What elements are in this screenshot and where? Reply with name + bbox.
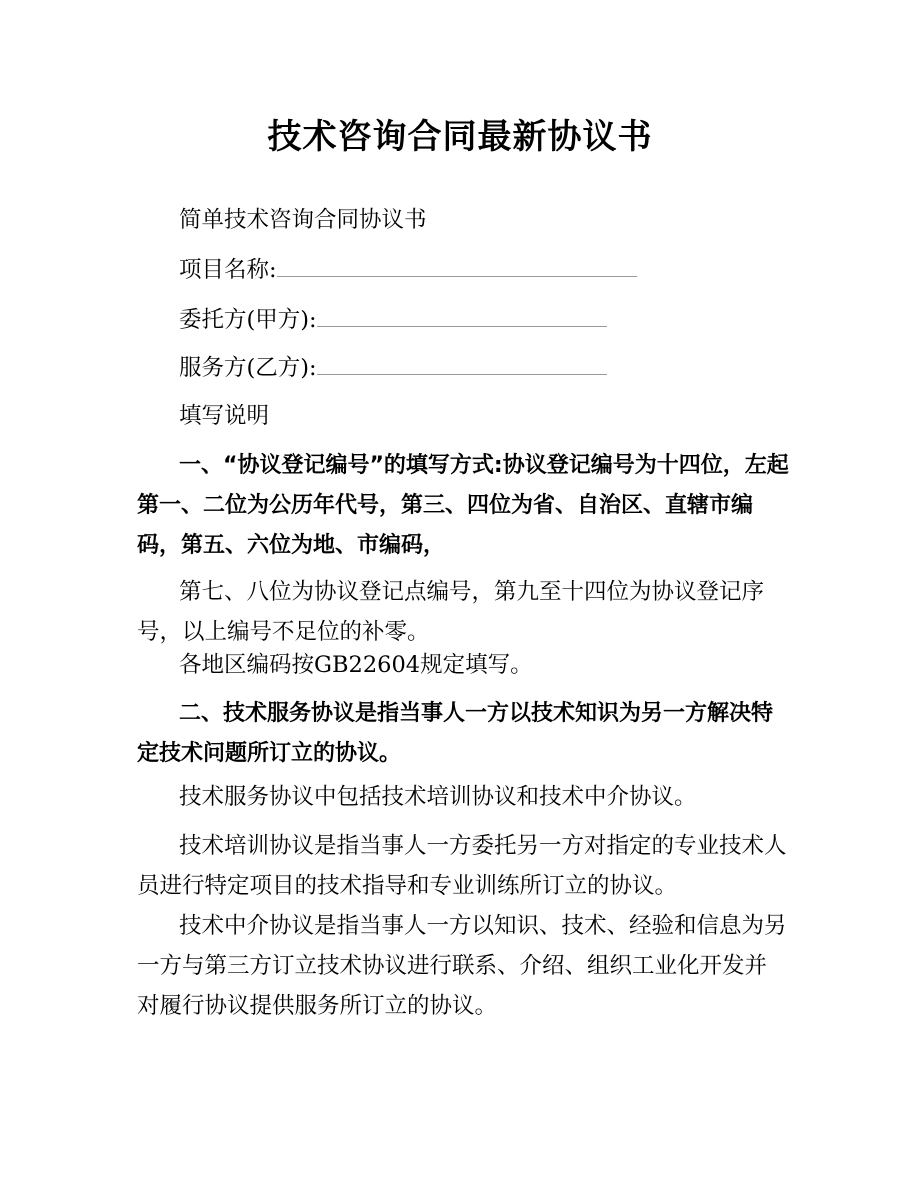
- paragraph-7: 技术中介协议是指当事人一方以知识、技术、经验和信息为另一方与第三方订立技术协议进…: [137, 906, 789, 1026]
- field-label: 项目名称:: [179, 257, 277, 283]
- paragraph-2: 第七、八位为协议登记点编号，第九至十四位为协议登记序号，以上编号不足位的补零。: [137, 572, 789, 652]
- paragraph-4: 二、技术服务协议是指当事人一方以技术知识为另一方解决特定技术问题所订立的协议。: [137, 694, 789, 774]
- blank-line: [277, 256, 637, 277]
- field-party-a: 委托方(甲方):: [137, 300, 789, 340]
- blank-line: [317, 354, 607, 375]
- field-label: 服务方(乙方):: [179, 355, 317, 381]
- paragraph-6: 技术培训协议是指当事人一方委托另一方对指定的专业技术人员进行特定项目的技术指导和…: [137, 826, 789, 906]
- paragraph-1: 一、“协议登记编号”的填写方式:协议登记编号为十四位，左起第一、二位为公历年代号…: [137, 446, 789, 566]
- paragraph-3: 各地区编码按GB22604规定填写。: [137, 645, 789, 685]
- document-subtitle: 简单技术咨询合同协议书: [137, 200, 789, 240]
- paragraph-5: 技术服务协议中包括技术培训协议和技术中介协议。: [137, 777, 789, 817]
- field-party-b: 服务方(乙方):: [137, 348, 789, 388]
- field-label: 委托方(甲方):: [179, 307, 317, 333]
- instructions-heading: 填写说明: [137, 396, 789, 436]
- document-page: 技术咨询合同最新协议书 简单技术咨询合同协议书 项目名称: 委托方(甲方): 服…: [0, 0, 920, 1191]
- document-title: 技术咨询合同最新协议书: [0, 112, 920, 162]
- field-project-name: 项目名称:: [137, 250, 789, 290]
- blank-line: [317, 306, 607, 327]
